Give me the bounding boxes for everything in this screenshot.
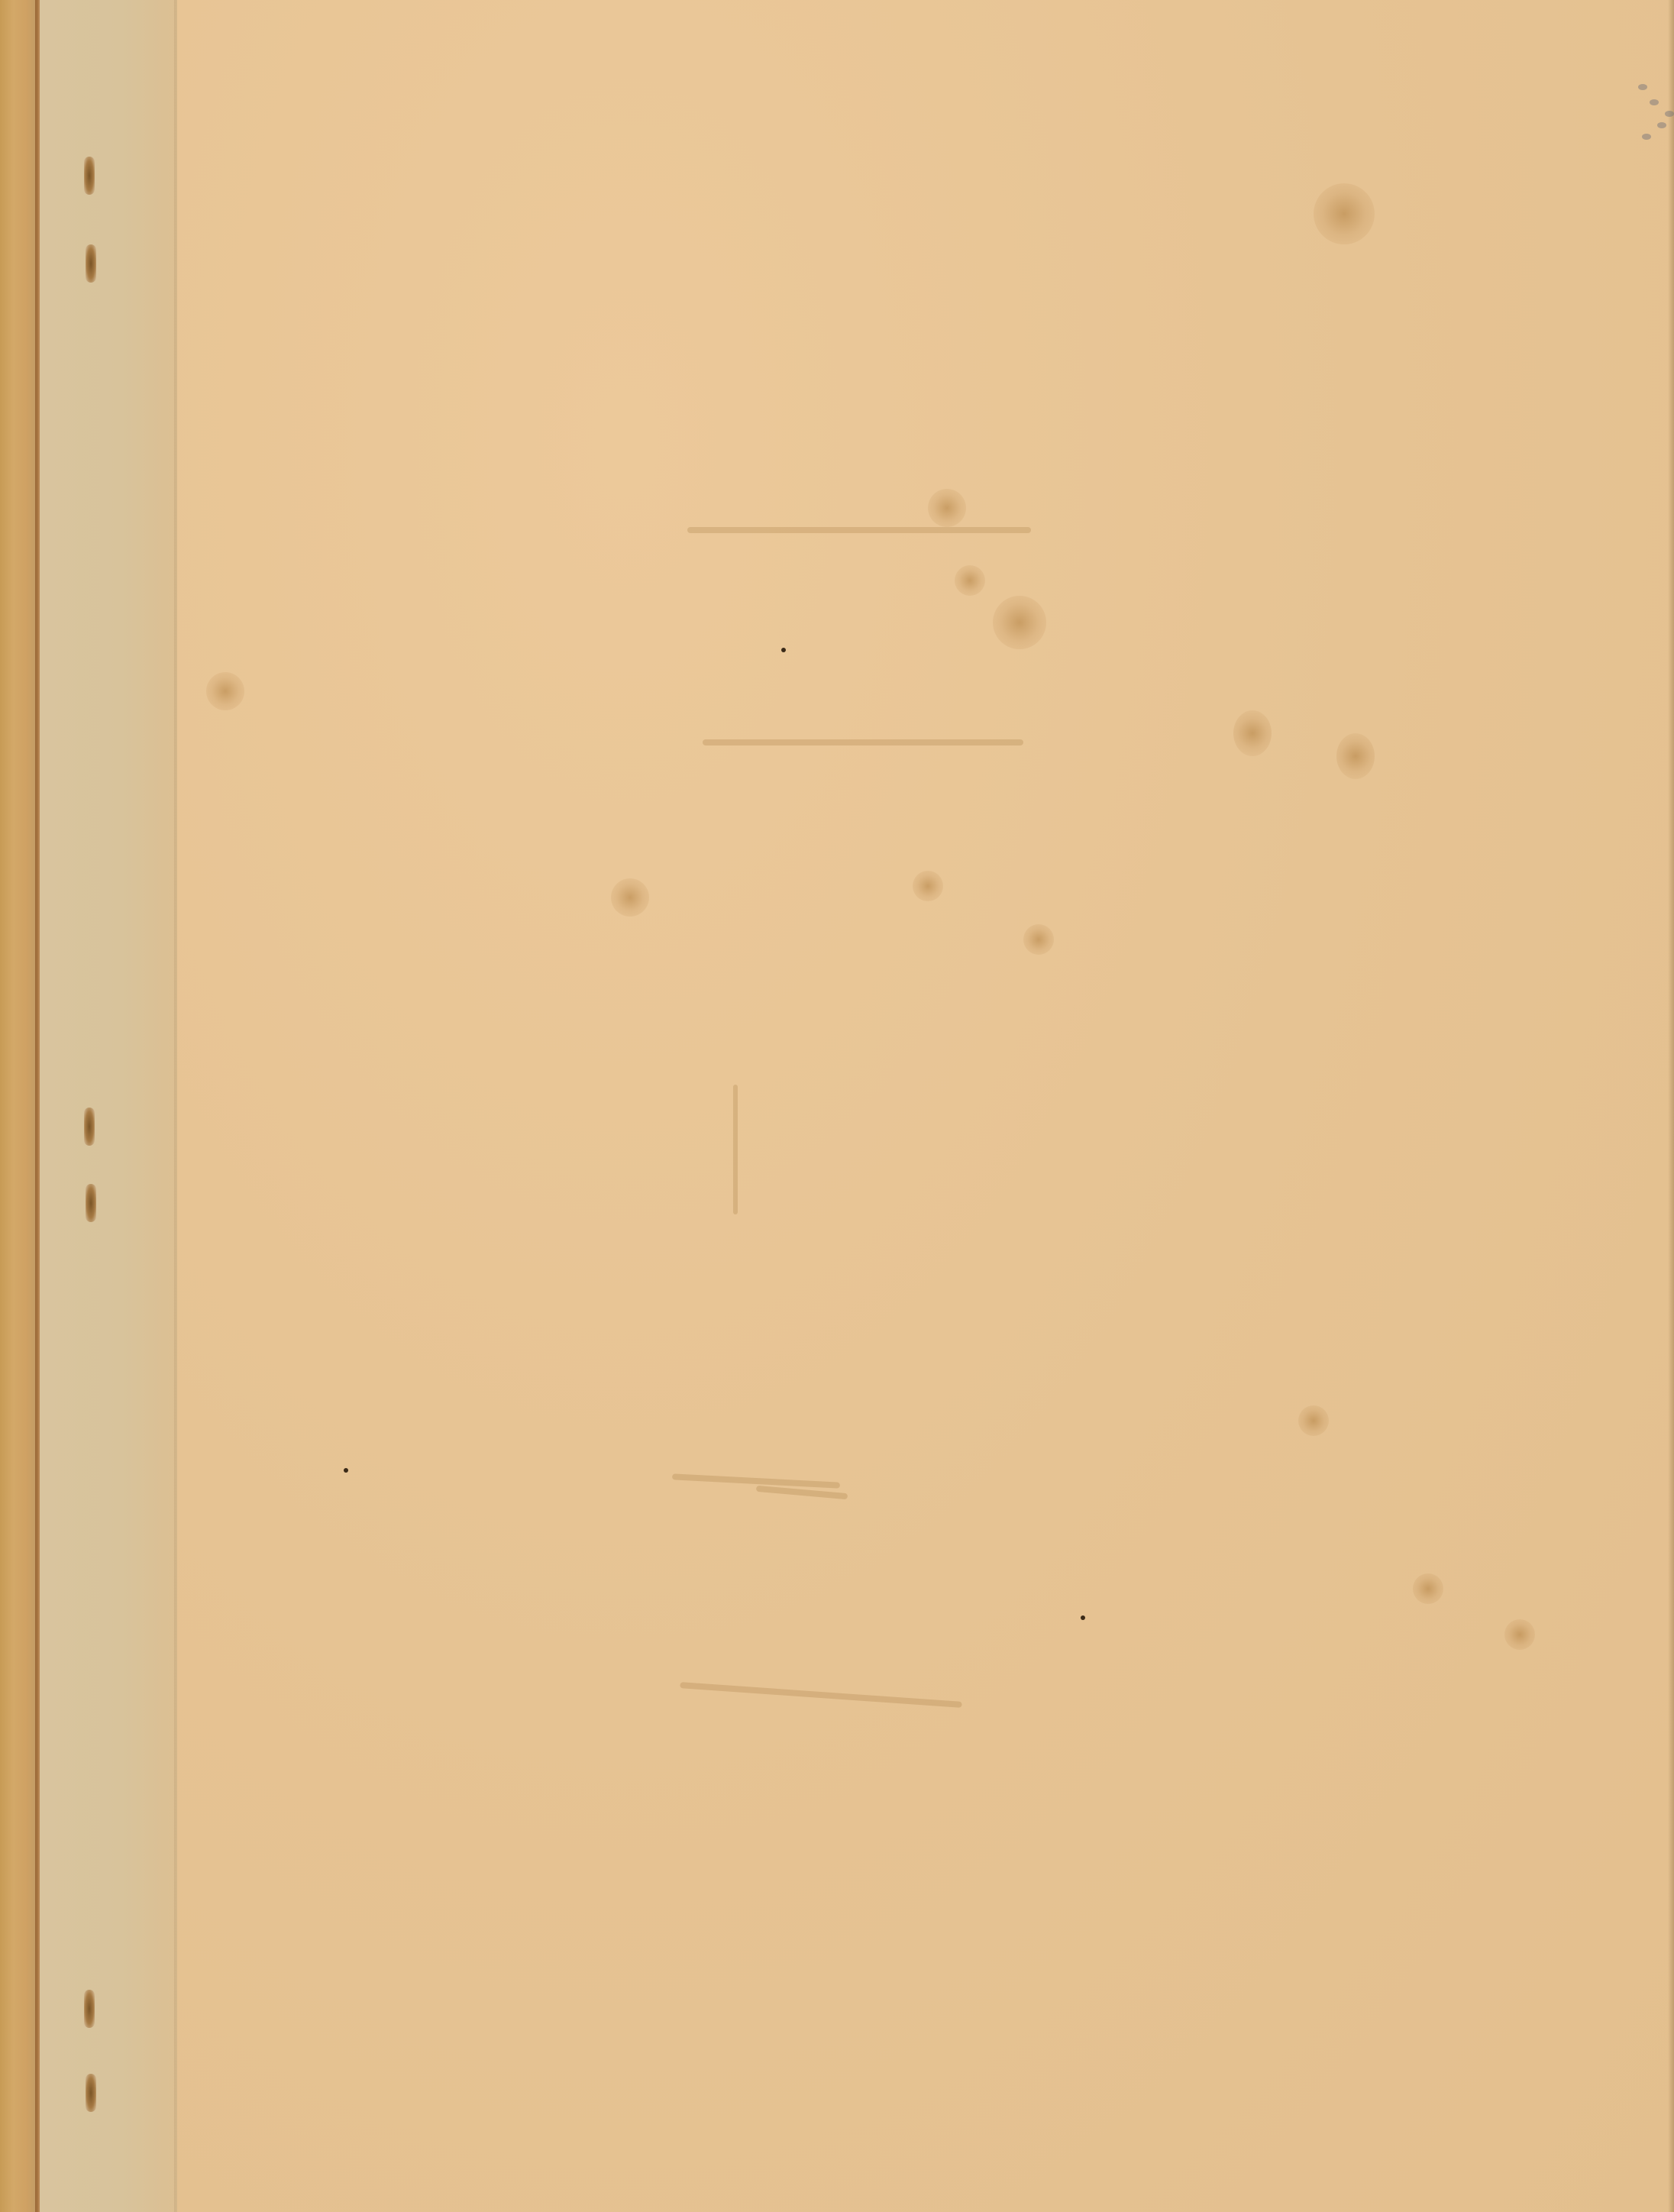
smudge (1657, 122, 1666, 128)
paper-speck (344, 1468, 348, 1473)
foxing-spot (1336, 733, 1375, 779)
staple-hole (84, 1108, 95, 1146)
smudge (1650, 99, 1659, 105)
foxing-spot (913, 871, 943, 901)
paper-speck (781, 648, 786, 652)
show-through-mark (733, 1085, 738, 1214)
smudge (1642, 134, 1651, 140)
page-right-edge (1668, 0, 1674, 2212)
foxing-spot (611, 878, 649, 917)
foxing-spot (1023, 924, 1054, 955)
foxing-spot (928, 489, 966, 527)
smudge (1638, 84, 1647, 90)
show-through-mark (687, 527, 1031, 533)
paper-speck (1081, 1615, 1085, 1620)
foxing-spot (1233, 710, 1272, 756)
foxing-spot (1413, 1573, 1443, 1604)
foxing-spot (1298, 1405, 1329, 1436)
foxing-spot (993, 596, 1046, 649)
staple-hole (86, 1184, 96, 1222)
book-spine (0, 0, 38, 2212)
smudge (1665, 111, 1674, 117)
staple-hole (84, 1990, 95, 2028)
show-through-mark (703, 739, 1023, 745)
staple-hole (86, 2074, 96, 2112)
foxing-spot (1314, 183, 1375, 244)
foxing-spot (206, 672, 244, 710)
blank-page (177, 0, 1674, 2212)
staple-hole (86, 244, 96, 283)
binding-stub (40, 0, 177, 2212)
foxing-spot (1504, 1619, 1535, 1650)
staple-hole (84, 157, 95, 195)
foxing-spot (955, 565, 985, 596)
